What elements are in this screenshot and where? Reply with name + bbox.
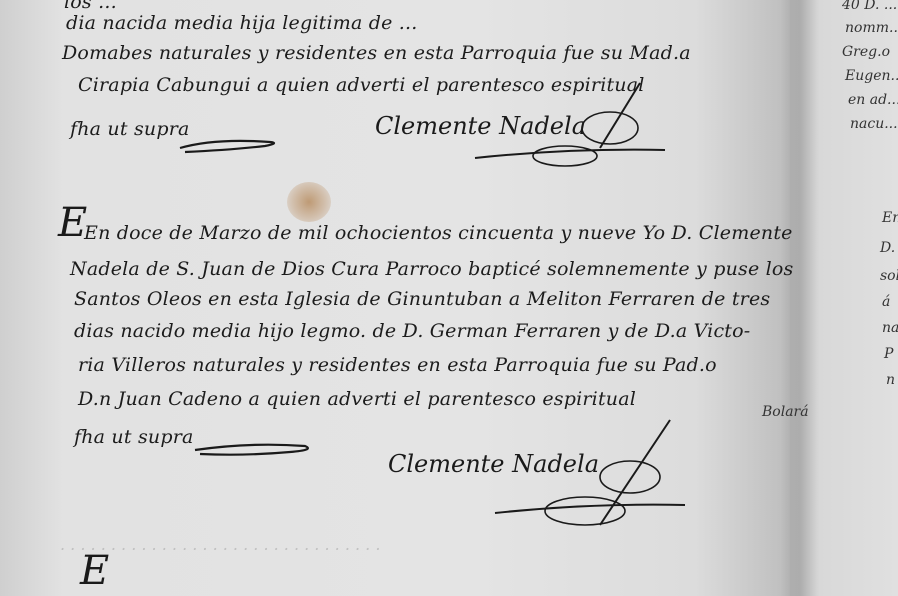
signature-rubric-icon bbox=[470, 78, 670, 168]
facing-page-line: 40 D. ... bbox=[842, 0, 897, 13]
entry-line-7: fha ut supra bbox=[74, 426, 194, 448]
previous-entry-line-5: fha ut supra bbox=[70, 118, 190, 140]
facing-page-line: En bbox=[882, 210, 898, 226]
entry-initial-capital: E bbox=[58, 200, 87, 246]
page-gutter-fold bbox=[780, 0, 820, 596]
paper-stain bbox=[287, 182, 331, 222]
facing-page-line: n bbox=[886, 372, 895, 388]
entry-line-2: Nadela de S. Juan de Dios Cura Parroco b… bbox=[70, 258, 794, 280]
previous-entry-line-3: Domabes naturales y residentes en esta P… bbox=[62, 42, 691, 64]
margin-note: Bolará bbox=[762, 404, 809, 420]
previous-entry-line-2: dia nacida media hija legitima de ... bbox=[66, 12, 417, 34]
facing-page-line: P bbox=[884, 346, 893, 362]
facing-page-line: D. bbox=[880, 240, 895, 256]
facing-page-line: á bbox=[882, 294, 890, 310]
facing-page-line: nacu... bbox=[850, 116, 898, 132]
facing-page-line: nomm... bbox=[845, 20, 898, 36]
facing-page-line: Greg.o bbox=[842, 44, 890, 60]
facing-page-line: Eugen... bbox=[845, 68, 898, 84]
entry-line-5: ria Villeros naturales y residentes en e… bbox=[78, 354, 717, 376]
entry-line-6: D.n Juan Cadeno a quien adverti el paren… bbox=[78, 388, 636, 410]
next-entry-initial: E bbox=[80, 548, 109, 594]
underline-flourish-icon bbox=[190, 432, 320, 462]
underline-flourish-icon bbox=[175, 128, 285, 158]
entry-line-3: Santos Oleos en esta Iglesia de Ginuntub… bbox=[74, 288, 770, 310]
entry-line-1: En doce de Marzo de mil ochocientos cinc… bbox=[84, 222, 793, 244]
facing-page-line: en ad... bbox=[848, 92, 898, 108]
facing-page-line: sol bbox=[880, 268, 898, 284]
signature-rubric-icon bbox=[490, 415, 690, 535]
facing-page-line: na bbox=[882, 320, 898, 336]
entry-line-4: dias nacido media hijo legmo. de D. Germ… bbox=[74, 320, 750, 342]
